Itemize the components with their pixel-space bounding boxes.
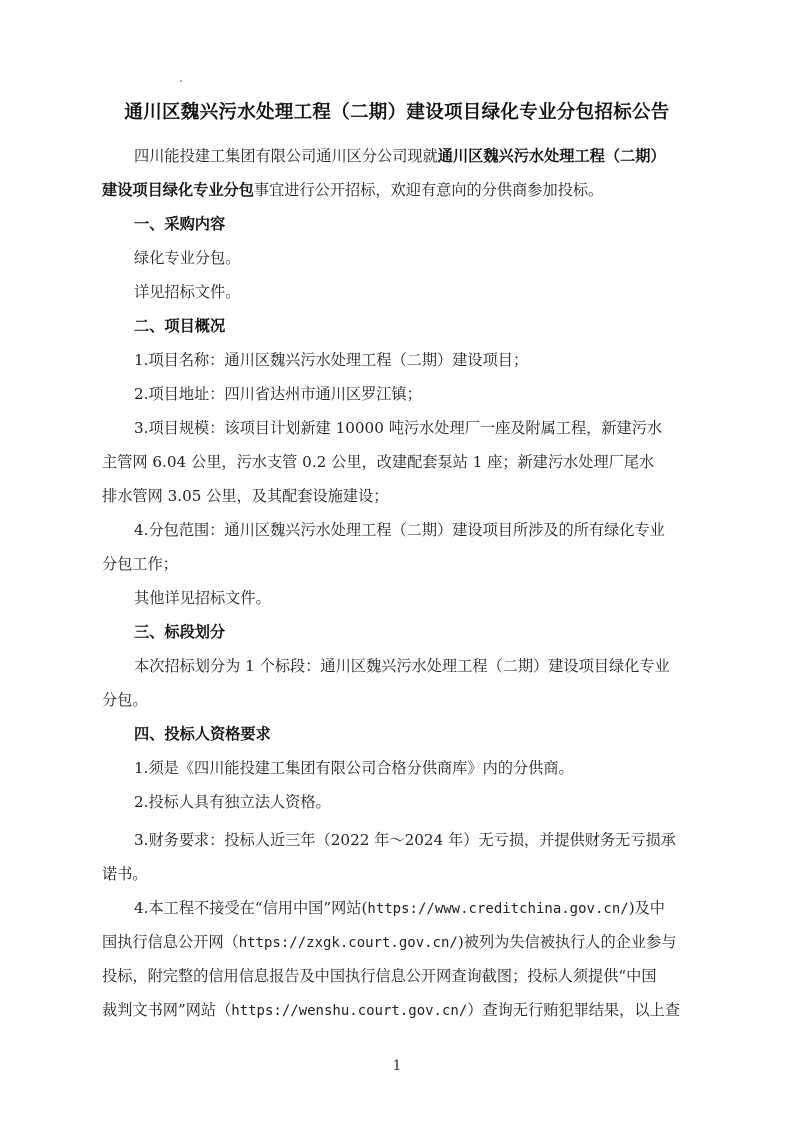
other-see-docs: 其他详见招标文件。 xyxy=(134,588,271,608)
scan-speck xyxy=(180,80,182,82)
procurement-content: 绿化专业分包。 xyxy=(134,248,240,268)
qualification-item-4-line-1: 4.本工程不接受在“信用中国”网站(https://www.creditchin… xyxy=(134,898,665,919)
text: 裁判文书网”网站（ xyxy=(102,1001,231,1019)
intro-text-cont: 事宜进行公开招标，欢迎有意向的分供商参加投标。 xyxy=(254,181,603,199)
wenshu-url: https://wenshu.court.gov.cn/ xyxy=(231,1003,467,1019)
text: 4.本工程不接受在“信用中国”网站( xyxy=(134,899,367,917)
text: 国执行信息公开网（ xyxy=(102,933,239,951)
section-heading-lots: 三、标段划分 xyxy=(134,622,225,642)
text: ）查询无行贿犯罪结果，以上查 xyxy=(467,1001,680,1019)
subcontract-scope-line-2: 分包工作； xyxy=(102,554,178,574)
subcontract-scope-line-1: 4.分包范围：通川区魏兴污水处理工程（二期）建设项目所涉及的所有绿化专业 xyxy=(134,520,665,540)
text: )被列为失信被执行人的企业参与 xyxy=(458,933,677,951)
qualification-item-1: 1.须是《四川能投建工集团有限公司合格分供商库》内的分供商。 xyxy=(134,758,574,778)
document-title: 通川区魏兴污水处理工程（二期）建设项目绿化专业分包招标公告 xyxy=(0,98,794,124)
qualification-item-4-line-2: 国执行信息公开网（https://zxgk.court.gov.cn/)被列为失… xyxy=(102,932,676,953)
qualification-item-3-line-2: 诺书。 xyxy=(102,864,148,884)
qualification-item-3-line-1: 3.财务要求：投标人近三年（2022 年～2024 年）无亏损，并提供财务无亏损… xyxy=(134,830,676,850)
qualification-item-2: 2.投标人具有独立法人资格。 xyxy=(134,792,331,812)
zxgk-url: https://zxgk.court.gov.cn/ xyxy=(239,935,458,951)
creditchina-url: https://www.creditchina.gov.cn/ xyxy=(367,901,628,917)
project-name-item: 1.项目名称：通川区魏兴污水处理工程（二期）建设项目； xyxy=(134,350,528,370)
page-number: 1 xyxy=(0,1058,794,1074)
project-address-item: 2.项目地址：四川省达州市通川区罗江镇； xyxy=(134,384,422,404)
text: )及中 xyxy=(629,899,665,917)
intro-project-name: 通川区魏兴污水处理工程（二期） xyxy=(438,147,666,165)
project-scale-line-3: 排水管网 3.05 公里，及其配套设施建设； xyxy=(102,486,388,506)
intro-line-1: 四川能投建工集团有限公司通川区分公司现就通川区魏兴污水处理工程（二期） xyxy=(134,146,666,166)
lots-line-1: 本次招标划分为 1 个标段：通川区魏兴污水处理工程（二期）建设项目绿化专业 xyxy=(134,656,670,676)
intro-text: 四川能投建工集团有限公司通川区分公司现就 xyxy=(134,147,438,165)
qualification-item-4-line-4: 裁判文书网”网站（https://wenshu.court.gov.cn/）查询… xyxy=(102,1000,680,1021)
project-scale-line-1: 3.项目规模：该项目计划新建 10000 吨污水处理厂一座及附属工程，新建污水 xyxy=(134,418,662,438)
project-scale-line-2: 主管网 6.04 公里，污水支管 0.2 公里，改建配套泵站 1 座；新建污水处… xyxy=(102,452,654,472)
qualification-item-4-line-3: 投标，附完整的信用信息报告及中国执行信息公开网查询截图；投标人须提供“中国 xyxy=(102,966,657,986)
procurement-see-docs: 详见招标文件。 xyxy=(134,282,240,302)
section-heading-qualifications: 四、投标人资格要求 xyxy=(134,724,271,744)
section-heading-procurement: 一、采购内容 xyxy=(134,214,225,234)
section-heading-overview: 二、项目概况 xyxy=(134,316,225,336)
lots-line-2: 分包。 xyxy=(102,690,148,710)
intro-line-2: 建设项目绿化专业分包事宜进行公开招标，欢迎有意向的分供商参加投标。 xyxy=(102,180,603,200)
intro-project-name-cont: 建设项目绿化专业分包 xyxy=(102,181,254,199)
